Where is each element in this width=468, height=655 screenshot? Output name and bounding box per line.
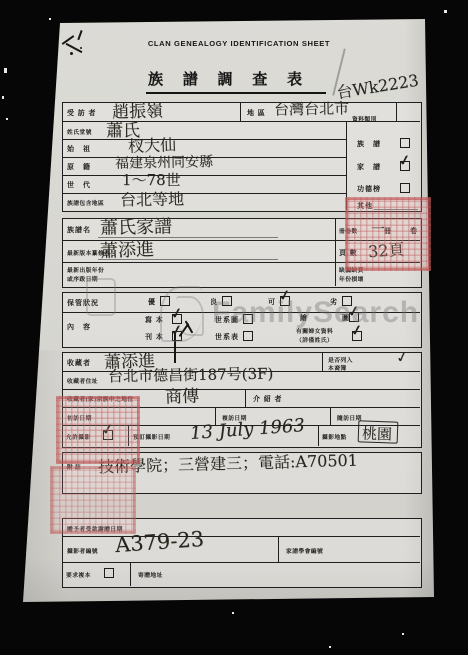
- defect-label-2: 年份損壞: [339, 274, 364, 283]
- condition-good-checkbox: [222, 296, 232, 306]
- red-seal-right: [345, 197, 431, 271]
- condition-poor-label: 劣: [330, 297, 338, 307]
- clan-position-value: 商傳: [165, 381, 200, 407]
- book-title-label: 族譜名: [67, 225, 91, 235]
- surname-hall-label: 姓氏堂號: [67, 127, 92, 136]
- lineage-chart-label: 世系圖: [215, 315, 239, 325]
- category-zupu-label: 族 譜: [357, 139, 381, 149]
- red-seal-left-upper: [56, 396, 140, 464]
- photographer-number-label: 攝影者編號: [67, 546, 98, 555]
- condition-excellent-checkbox: [160, 296, 170, 306]
- illustration-checkbox: [349, 312, 359, 322]
- film-speck: [329, 646, 331, 648]
- chinese-title: 族 譜 調 查 表: [148, 68, 310, 89]
- lineage-table-label: 世系表: [215, 332, 239, 342]
- condition-fair-label: 可: [268, 297, 276, 307]
- region-value: 台灣台北市: [274, 97, 349, 119]
- listed-label-2: 本裔簿: [328, 363, 347, 372]
- film-speck: [444, 10, 447, 13]
- ink-dot: [80, 47, 82, 49]
- film-speck: [402, 633, 404, 635]
- first-ancestor-label: 始 祖: [67, 144, 91, 154]
- film-place-value: 桃園: [362, 422, 393, 444]
- red-seal-left-lower: [50, 466, 136, 534]
- women-data-label-2: （詳僅姓氏）: [296, 335, 333, 344]
- english-title: CLAN GENEALOGY IDENTIFICATION SHEET: [124, 39, 354, 48]
- women-data-checkbox: [352, 331, 362, 341]
- request-copy-label: 要求複本: [66, 570, 91, 579]
- condition-table: [62, 292, 422, 348]
- condition-fair-checkbox: [280, 296, 290, 306]
- category-gongdebang-checkbox: [400, 183, 410, 193]
- women-data-label-1: 有關婦女資料: [296, 326, 333, 335]
- pub-year-label-1: 最新出版年份: [67, 265, 104, 274]
- society-number-label: 家譜學會編號: [286, 546, 323, 555]
- title-underline: [146, 92, 326, 94]
- manuscript-label: 寫 本: [145, 315, 164, 325]
- ink-dot: [70, 52, 73, 55]
- coverage-value: 台北等地: [120, 186, 184, 210]
- send-address-label: 寄贈地址: [138, 570, 163, 579]
- film-speck: [2, 96, 4, 99]
- film-place-label: 攝影地點: [322, 432, 347, 441]
- film-speck: [232, 612, 234, 614]
- region-label: 地 區: [247, 108, 266, 118]
- content-label: 內 容: [67, 322, 91, 332]
- film-speck: [6, 118, 8, 120]
- category-zupu-checkbox: [400, 138, 410, 148]
- collector-name-label: 收藏者: [67, 358, 91, 368]
- category-jiapu-label: 家 譜: [357, 162, 381, 172]
- lineage-chart-checkbox: [243, 314, 253, 324]
- film-speck: [4, 68, 7, 73]
- category-jiapu-checkbox: [400, 161, 410, 171]
- origin-label: 原 籍: [67, 162, 91, 172]
- category-title: 資料類別: [352, 114, 377, 123]
- lineage-table-checkbox: [243, 331, 253, 341]
- interviewee-label: 受 訪 者: [67, 108, 97, 118]
- generations-label: 世 代: [67, 180, 91, 190]
- condition-good-label: 良: [210, 297, 218, 307]
- collector-address-label: 收藏者住址: [67, 376, 98, 385]
- microfilm-scan: CLAN GENEALOGY IDENTIFICATION SHEET 族 譜 …: [0, 0, 468, 655]
- handwritten-arrow-line: [174, 333, 176, 363]
- category-gongdebang-label: 功德榜: [357, 184, 381, 194]
- pub-year-label-2: 或序跋日期: [67, 274, 98, 283]
- printed-label: 刊 本: [145, 332, 164, 342]
- request-copy-checkbox: [104, 568, 114, 578]
- introducer-label: 介 紹 者: [253, 394, 283, 404]
- compiler-value: 蕭添進: [100, 235, 155, 263]
- film-speck: [49, 18, 51, 20]
- condition-label: 保管狀況: [67, 298, 99, 308]
- condition-excellent-label: 優: [148, 297, 156, 307]
- coverage-label: 族譜包含地區: [67, 198, 104, 207]
